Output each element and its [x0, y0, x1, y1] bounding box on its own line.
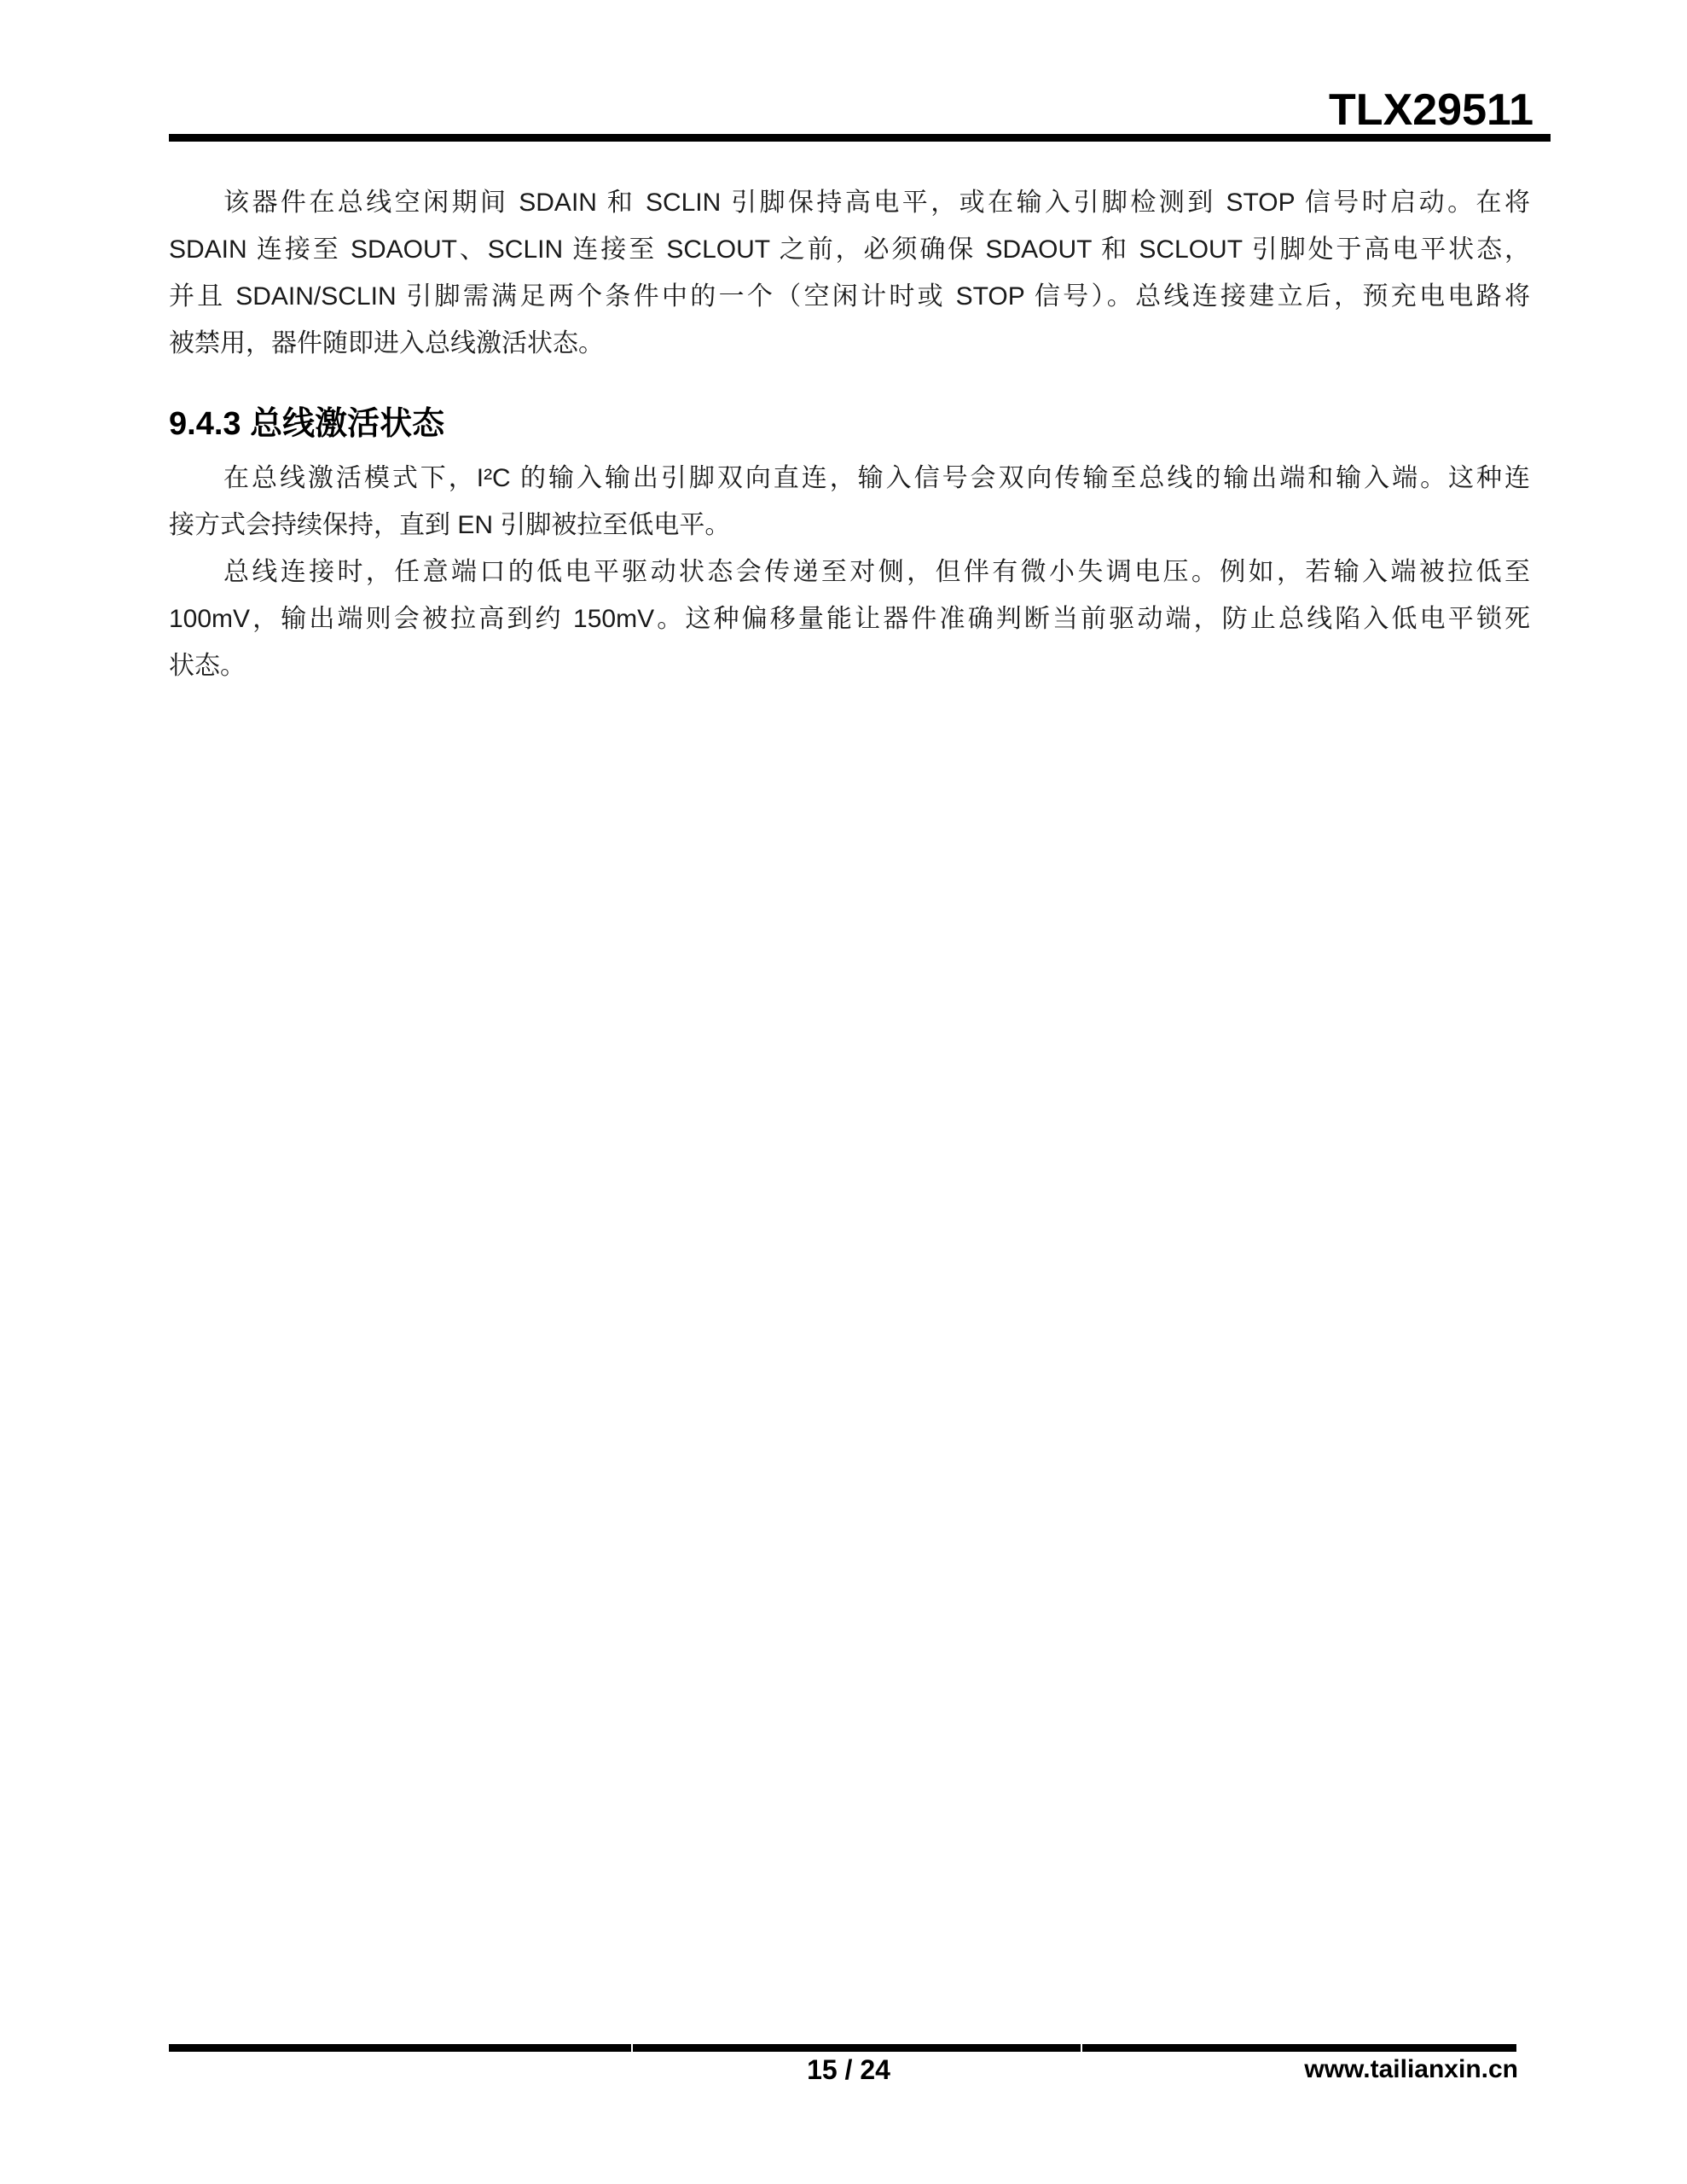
paragraph-line: 状态。: [169, 642, 1530, 689]
datasheet-page: TLX29511 该器件在总线空闲期间 SDAIN 和 SCLIN 引脚保持高电…: [0, 0, 1687, 2184]
body-content: 该器件在总线空闲期间 SDAIN 和 SCLIN 引脚保持高电平，或在输入引脚检…: [169, 179, 1530, 689]
website-url: www.tailianxin.cn: [1304, 2053, 1518, 2087]
footer-rule-segment: [1082, 2044, 1516, 2052]
footer-rule-segment: [169, 2044, 631, 2052]
paragraph-line: 在总线激活模式下，I²C 的输入输出引脚双向直连，输入信号会双向传输至总线的输出…: [169, 455, 1530, 502]
paragraph-line: SDAIN 连接至 SDAOUT、SCLIN 连接至 SCLOUT 之前，必须确…: [169, 226, 1530, 273]
paragraph-line: 总线连接时，任意端口的低电平驱动状态会传递至对侧，但伴有微小失调电压。例如，若输…: [169, 549, 1530, 595]
paragraph-line: 被禁用，器件随即进入总线激活状态。: [169, 320, 1530, 367]
footer-rule-segment: [633, 2044, 1081, 2052]
paragraph-bus-idle: 该器件在总线空闲期间 SDAIN 和 SCLIN 引脚保持高电平，或在输入引脚检…: [169, 179, 1530, 367]
paragraph-bus-active-mode: 在总线激活模式下，I²C 的输入输出引脚双向直连，输入信号会双向传输至总线的输出…: [169, 455, 1530, 549]
paragraph-line: 并且 SDAIN/SCLIN 引脚需满足两个条件中的一个（空闲计时或 STOP …: [169, 273, 1530, 320]
footer-rule: [169, 2044, 1516, 2052]
paragraph-line: 100mV，输出端则会被拉高到约 150mV。这种偏移量能让器件准确判断当前驱动…: [169, 595, 1530, 642]
paragraph-line: 接方式会持续保持，直到 EN 引脚被拉至低电平。: [169, 502, 1530, 549]
paragraph-line: 该器件在总线空闲期间 SDAIN 和 SCLIN 引脚保持高电平，或在输入引脚检…: [169, 179, 1530, 226]
section-heading: 9.4.3 总线激活状态: [169, 401, 1530, 448]
footer: 15 / 24 www.tailianxin.cn: [169, 2053, 1528, 2087]
page-title: TLX29511: [1329, 88, 1533, 132]
header-rule: [169, 134, 1551, 142]
paragraph-offset-voltage: 总线连接时，任意端口的低电平驱动状态会传递至对侧，但伴有微小失调电压。例如，若输…: [169, 549, 1530, 689]
